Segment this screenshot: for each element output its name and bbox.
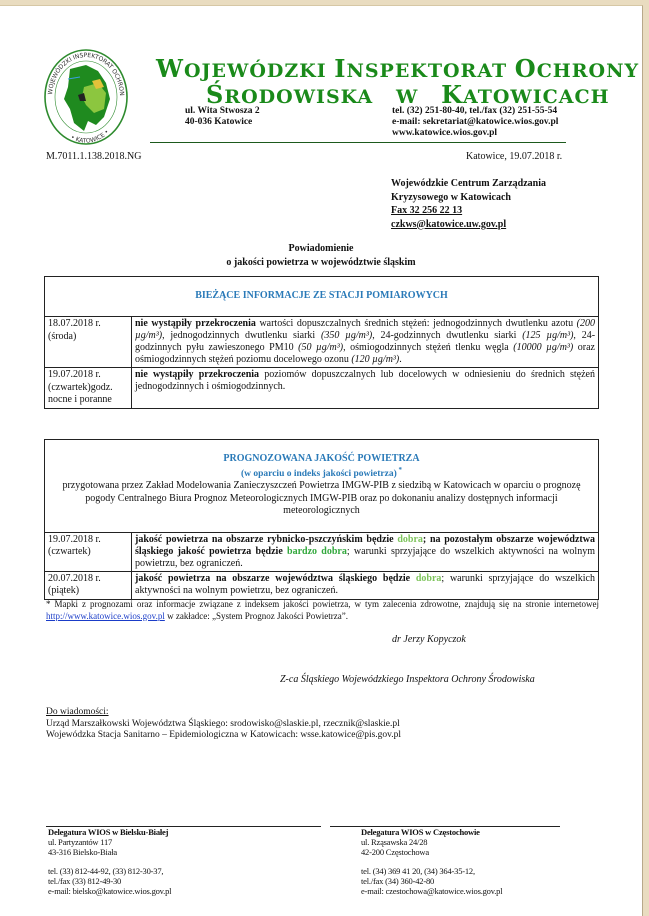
delegation-city: 42-200 Częstochowa bbox=[361, 847, 502, 857]
current-info-heading: BIEŻĄCE INFORMACJE ZE STACJI POMIAROWYCH bbox=[45, 277, 599, 317]
delegation-city: 43-316 Bielsko-Biała bbox=[48, 847, 171, 857]
address-street: ul. Wita Stwosza 2 bbox=[185, 106, 260, 117]
day-text: (środa) bbox=[48, 331, 128, 344]
row-text: nie wystąpiły przekroczenia poziomów dop… bbox=[132, 368, 599, 409]
reference-number: M.7011.1.138.2018.NG bbox=[46, 151, 141, 162]
org-contact: tel. (32) 251-80-40, tel./fax (32) 251-5… bbox=[392, 106, 558, 139]
cc-line: Wojewódzka Stacja Sanitarno – Epidemiolo… bbox=[46, 730, 401, 742]
recipient-block: Wojewódzkie Centrum Zarządzania Kryzysow… bbox=[391, 177, 546, 231]
title-line2: o jakości powietrza w województwie śląsk… bbox=[0, 256, 642, 270]
date-text: 20.07.2018 r. bbox=[48, 573, 128, 586]
title-line1: Powiadomienie bbox=[0, 242, 642, 256]
table-row: 19.07.2018 r. (czwartek) jakość powietrz… bbox=[45, 532, 599, 571]
delegation-czestochowa: Delegatura WIOS w Częstochowie ul. Rząsa… bbox=[361, 827, 502, 896]
recipient-email[interactable]: czkws@katowice.uw.gov.pl bbox=[391, 218, 546, 232]
document-title: Powiadomienie o jakości powietrza w woje… bbox=[0, 242, 642, 270]
delegation-fax: tel./fax (34) 360-42-80 bbox=[361, 876, 502, 886]
row-date: 20.07.2018 r. (piątek) bbox=[45, 571, 132, 599]
wios-logo: WOJEWÓDZKI INSPEKTORAT OCHRONY • KATOWIC… bbox=[40, 39, 122, 147]
table-row: 20.07.2018 r. (piątek) jakość powietrza … bbox=[45, 571, 599, 599]
place-date: Katowice, 19.07.2018 r. bbox=[466, 151, 562, 162]
table-row: 18.07.2018 r. (środa) nie wystąpiły prze… bbox=[45, 317, 599, 368]
contact-email[interactable]: e-mail: sekretariat@katowice.wios.gov.pl bbox=[392, 117, 558, 128]
row-date: 19.07.2018 r. (czwartek) bbox=[45, 532, 132, 571]
delegation-tel: tel. (33) 812-44-92, (33) 812-30-37, bbox=[48, 866, 171, 876]
header-divider bbox=[150, 142, 566, 143]
cc-label: Do wiadomości: bbox=[46, 707, 401, 719]
row-date: 19.07.2018 r. (czwartek)godz. nocne i po… bbox=[45, 368, 132, 409]
row-text: nie wystąpiły przekroczenia wartości dop… bbox=[132, 317, 599, 368]
delegation-email[interactable]: e-mail: bielsko@katowice.wios.gov.pl bbox=[48, 886, 171, 896]
date-text: 19.07.2018 r. bbox=[48, 369, 128, 382]
recipient-fax: Fax 32 256 22 13 bbox=[391, 204, 546, 218]
current-info-table: BIEŻĄCE INFORMACJE ZE STACJI POMIAROWYCH… bbox=[44, 276, 599, 409]
day-text: (czwartek)godz. nocne i poranne bbox=[48, 382, 128, 407]
org-name-line1: WOJEWÓDZKI INSPEKTORAT OCHRONY bbox=[156, 54, 639, 83]
forecast-heading-cell: PROGNOZOWANA JAKOŚĆ POWIETRZA (w oparciu… bbox=[45, 440, 599, 533]
row-text: jakość powietrza na obszarze województwa… bbox=[132, 571, 599, 599]
org-name-line2: ŚRODOWISKA W KATOWICACH bbox=[206, 80, 610, 109]
org-address: ul. Wita Stwosza 2 40-036 Katowice bbox=[185, 106, 260, 128]
document-page: WOJEWÓDZKI INSPEKTORAT OCHRONY • KATOWIC… bbox=[0, 5, 643, 916]
delegation-fax: tel./fax (33) 812-49-30 bbox=[48, 876, 171, 886]
address-city: 40-036 Katowice bbox=[185, 117, 260, 128]
delegation-bielsko: Delegatura WIOS w Bielsku-Białej ul. Par… bbox=[48, 827, 171, 896]
quality-good: dobra bbox=[397, 534, 423, 545]
date-text: 19.07.2018 r. bbox=[48, 534, 128, 547]
day-text: (czwartek) bbox=[48, 546, 128, 559]
contact-website[interactable]: www.katowice.wios.gov.pl bbox=[392, 128, 558, 139]
cc-line: Urząd Marszałkowski Województwa Śląskieg… bbox=[46, 719, 401, 731]
row-date: 18.07.2018 r. (środa) bbox=[45, 317, 132, 368]
delegation-name: Delegatura WIOS w Częstochowie bbox=[361, 827, 502, 837]
delegation-email[interactable]: e-mail: czestochowa@katowice.wios.gov.pl bbox=[361, 886, 502, 896]
day-text: (piątek) bbox=[48, 585, 128, 598]
forecast-table: PROGNOZOWANA JAKOŚĆ POWIETRZA (w oparciu… bbox=[44, 439, 599, 600]
footnote: * Mapki z prognozami oraz informacje zwi… bbox=[46, 599, 599, 622]
status-bold: nie wystąpiły przekroczenia bbox=[135, 369, 259, 380]
cc-block: Do wiadomości: Urząd Marszałkowski Wojew… bbox=[46, 707, 401, 742]
recipient-line2: Kryzysowego w Katowicach bbox=[391, 191, 546, 205]
quality-good: dobra bbox=[416, 573, 442, 584]
forecast-subheading: (w oparciu o indeks jakości powietrza) * bbox=[49, 465, 594, 480]
forecast-heading: PROGNOZOWANA JAKOŚĆ POWIETRZA bbox=[49, 453, 594, 465]
forecast-description: przygotowana przez Zakład Modelowania Za… bbox=[49, 480, 594, 518]
delegation-street: ul. Rząsawska 24/28 bbox=[361, 837, 502, 847]
row-text: jakość powietrza na obszarze rybnicko-ps… bbox=[132, 532, 599, 571]
contact-phone: tel. (32) 251-80-40, tel./fax (32) 251-5… bbox=[392, 106, 558, 117]
recipient-line1: Wojewódzkie Centrum Zarządzania bbox=[391, 177, 546, 191]
table-row: 19.07.2018 r. (czwartek)godz. nocne i po… bbox=[45, 368, 599, 409]
signatory-name: dr Jerzy Kopyczok bbox=[392, 634, 466, 645]
quality-very-good: bardzo dobra bbox=[287, 546, 347, 557]
signatory-role: Z-ca Śląskiego Wojewódzkiego Inspektora … bbox=[280, 674, 535, 685]
footnote-link[interactable]: http://www.katowice.wios.gov.pl bbox=[46, 611, 165, 621]
date-text: 18.07.2018 r. bbox=[48, 318, 128, 331]
delegation-street: ul. Partyzantów 117 bbox=[48, 837, 171, 847]
delegation-tel: tel. (34) 369 41 20, (34) 364-35-12, bbox=[361, 866, 502, 876]
delegation-name: Delegatura WIOS w Bielsku-Białej bbox=[48, 827, 171, 837]
silesia-map-icon: WOJEWÓDZKI INSPEKTORAT OCHRONY • KATOWIC… bbox=[40, 39, 130, 149]
status-bold: nie wystąpiły przekroczenia bbox=[135, 318, 256, 329]
